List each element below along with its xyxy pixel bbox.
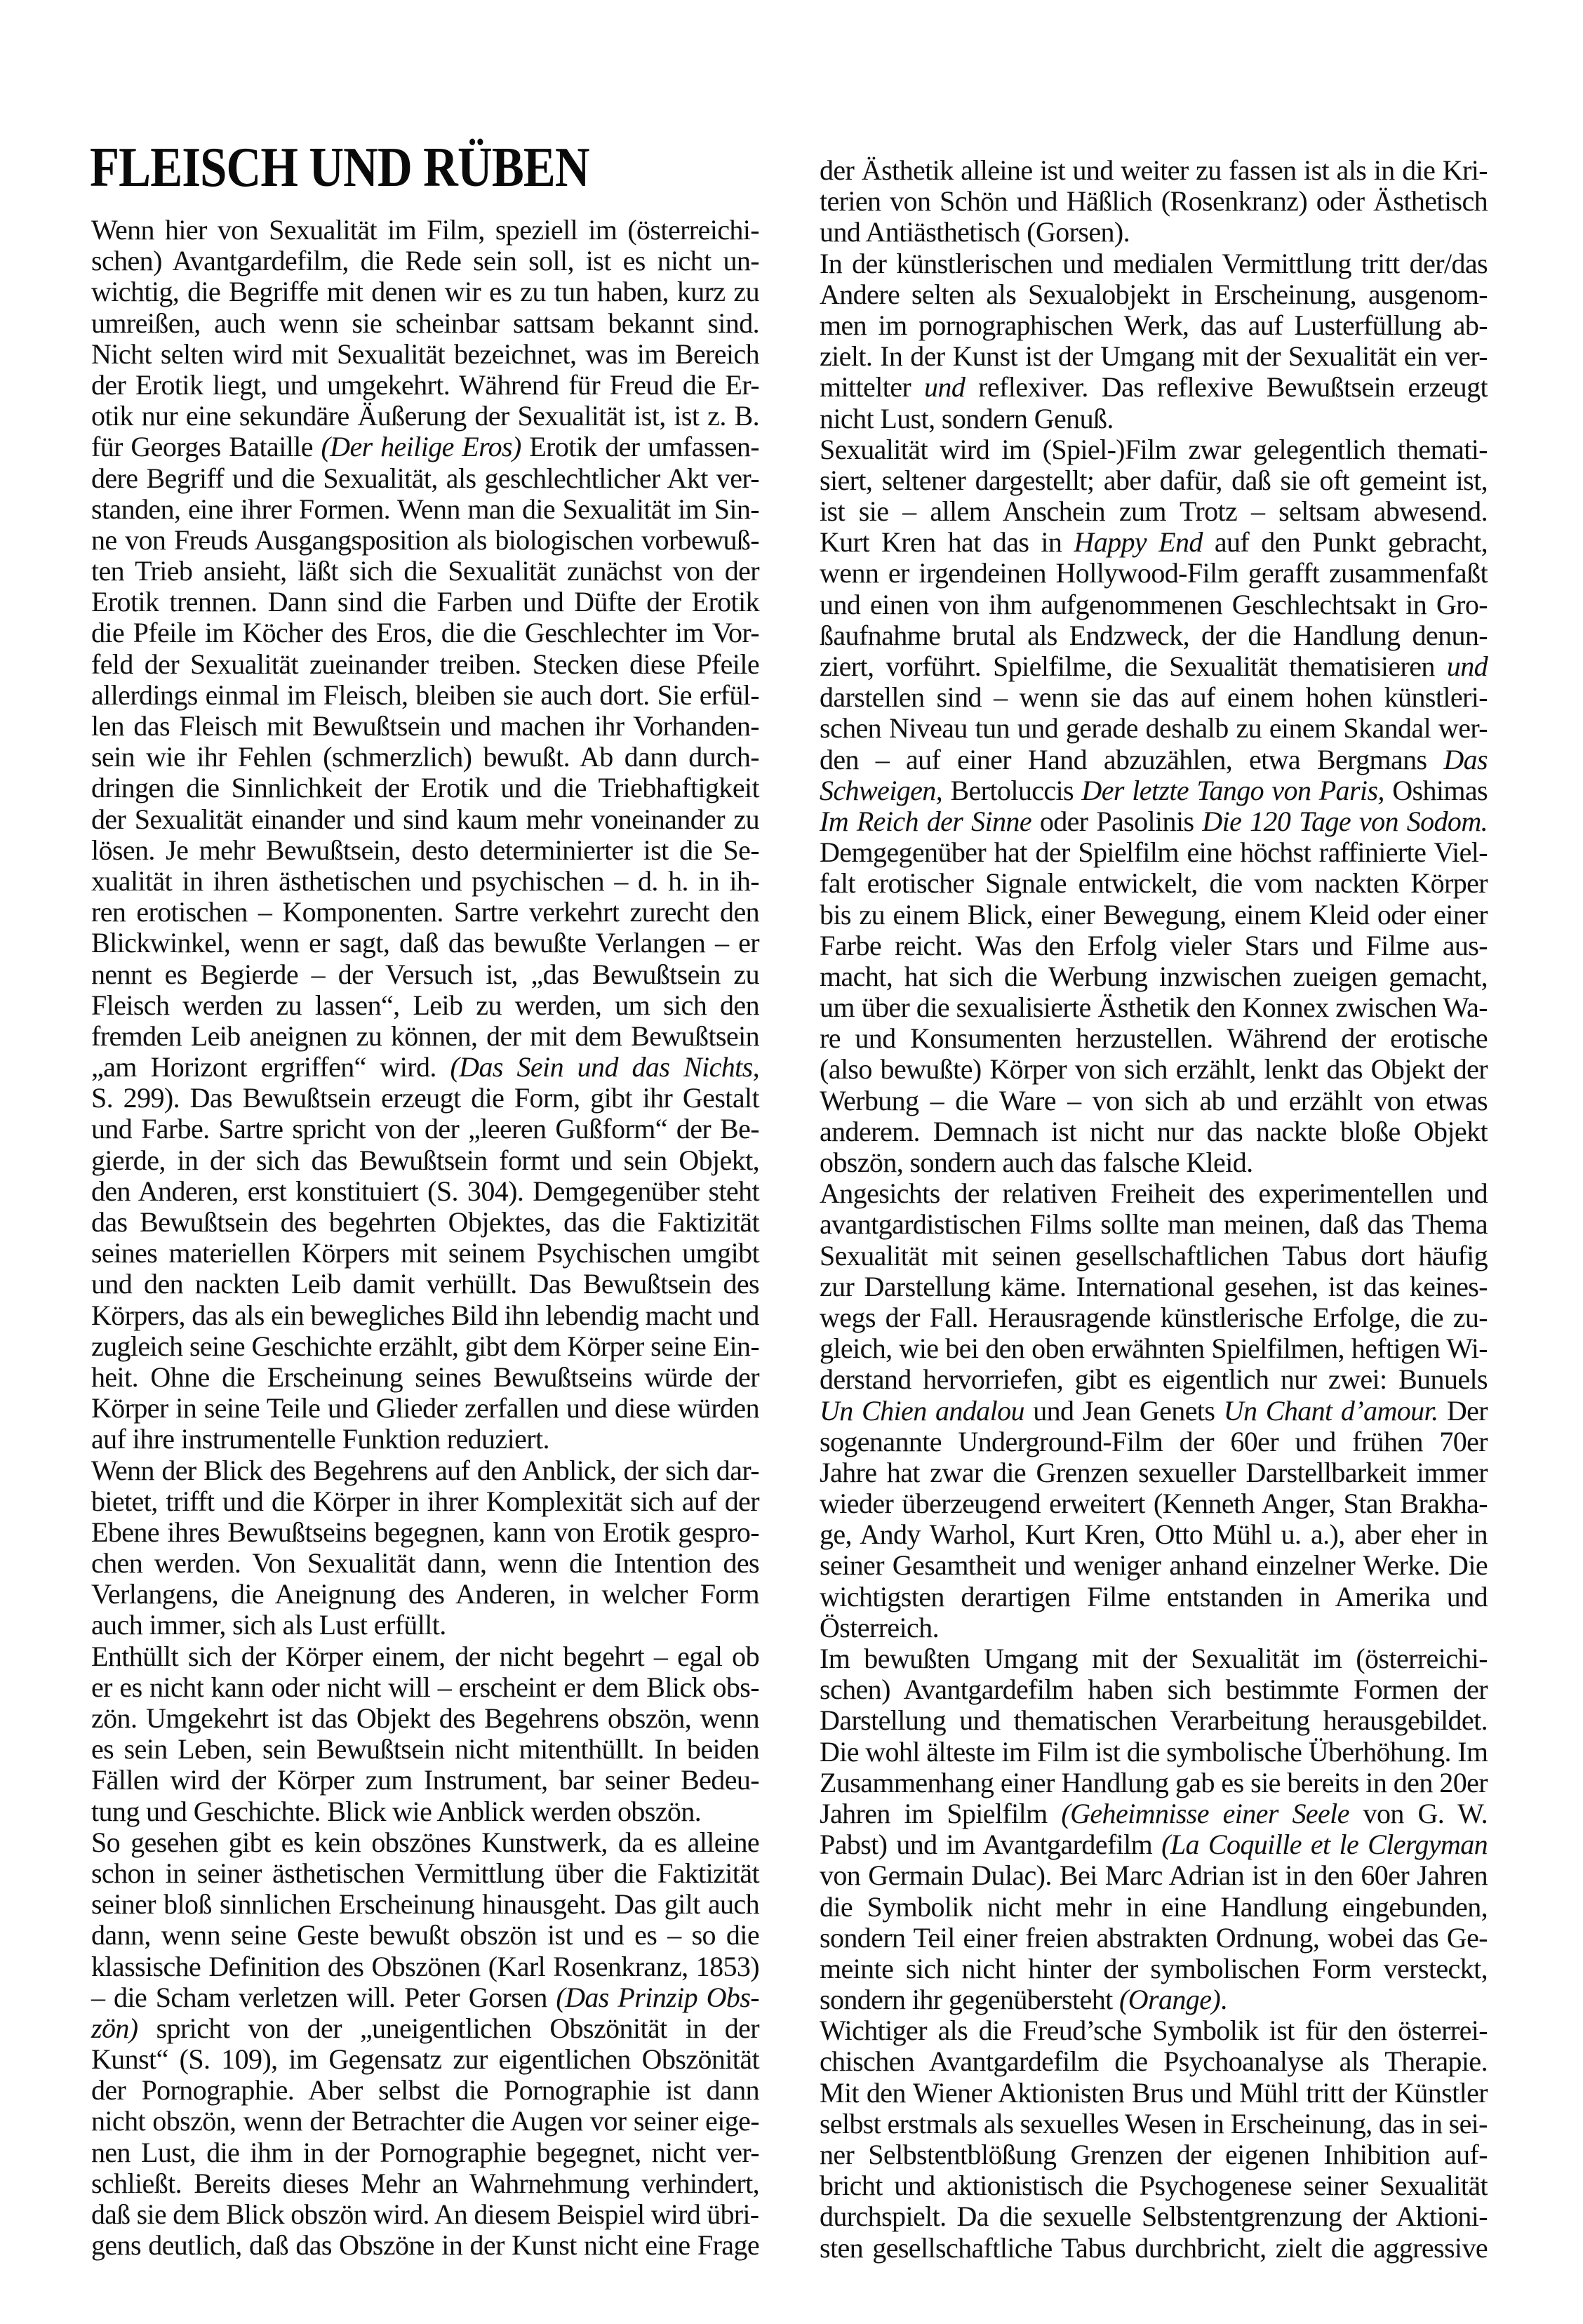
text-segment: Wichtiger als die Freud’sche Symbolik is…	[820, 2015, 1488, 2046]
text-column-right: der Ästhetik alleine ist und weiter zu f…	[820, 155, 1488, 2264]
text-segment: Erotik der umfassen-	[521, 431, 759, 462]
text-line-content: die Pfeile im Köcher des Eros, die die G…	[91, 617, 759, 648]
text-segment: Die wohl älteste im Film ist die symboli…	[820, 1736, 1488, 1768]
text-line: Pabst) und im Avantgardefilm (La Coquill…	[820, 1829, 1488, 1860]
text-segment: nicht obszön, wenn der Betrachter die Au…	[91, 2105, 759, 2137]
text-line-content: Jahre hat zwar die Grenzen sexueller Dar…	[820, 1457, 1488, 1488]
text-segment: wenn er irgendeinen Hollywood-Film geraf…	[820, 557, 1488, 589]
text-line-content: auf ihre instrumentelle Funktion reduzie…	[91, 1424, 759, 1455]
text-line-content: allerdings einmal im Fleisch, bleiben si…	[91, 680, 759, 711]
text-line-content: dere Begriff und die Sexualität, als ges…	[91, 463, 759, 494]
text-line-content: selbst erstmals als sexuelles Wesen in E…	[820, 2109, 1488, 2139]
text-line: sondern Teil einer freien abstrakten Ord…	[820, 1923, 1488, 1954]
text-segment: es sein Leben, sein Bewußtsein nicht mit…	[91, 1733, 759, 1765]
text-segment: zielt. In der Kunst ist der Umgang mit d…	[820, 340, 1488, 372]
text-line-content: Ebene ihres Bewußtseins begegnen, kann v…	[91, 1517, 759, 1548]
text-segment: gens deutlich, daß das Obszöne in der Ku…	[91, 2229, 759, 2261]
text-line-content: das Bewußtsein des begehrten Objektes, d…	[91, 1207, 759, 1238]
text-line-content: avantgardistischen Films sollte man mein…	[820, 1209, 1488, 1240]
text-line-content: auch immer, sich als Lust erfüllt.	[91, 1610, 759, 1641]
text-line-content: Wenn der Blick des Begehrens auf den Anb…	[91, 1455, 759, 1486]
text-line: Fällen wird der Körper zum Instrument, b…	[91, 1765, 759, 1796]
text-line: Darstellung und thematischen Verarbeitun…	[820, 1705, 1488, 1736]
text-segment: len das Fleisch mit Bewußtsein und mache…	[91, 710, 759, 742]
text-segment: ziert, vorführt. Spielfilme, die Sexuali…	[820, 650, 1447, 682]
text-line: terien von Schön und Häßlich (Rosenkranz…	[820, 186, 1488, 217]
text-segment: So gesehen gibt es kein obszönes Kunstwe…	[91, 1827, 759, 1858]
text-segment: sein wie ihr Fehlen (schmerzlich) bewußt…	[91, 741, 759, 773]
text-line-content: seines materiellen Körpers mit seinem Ps…	[91, 1238, 759, 1269]
text-line-content: len das Fleisch mit Bewußtsein und mache…	[91, 711, 759, 742]
text-segment: Blickwinkel, wenn er sagt, daß das bewuß…	[91, 927, 759, 959]
text-line-content: Enthüllt sich der Körper einem, der nich…	[91, 1641, 759, 1672]
text-segment: zön. Umgekehrt ist das Objekt des Begehr…	[91, 1702, 759, 1734]
italic-segment: (Das Prinzip Obs-	[556, 1982, 759, 2013]
text-segment: Werbung – die Ware – von sich ab und erz…	[820, 1085, 1488, 1116]
text-line: avantgardistischen Films sollte man mein…	[820, 1209, 1488, 1240]
text-line-content: tung und Geschichte. Blick wie Anblick w…	[91, 1796, 759, 1827]
text-line: den Anderen, erst konstituiert (S. 304).…	[91, 1176, 759, 1207]
text-line: es sein Leben, sein Bewußtsein nicht mit…	[91, 1734, 759, 1765]
text-line: Im Reich der Sinne oder Pasolinis Die 12…	[820, 806, 1488, 837]
text-line-content: terien von Schön und Häßlich (Rosenkranz…	[820, 186, 1488, 217]
text-segment: Nicht selten wird mit Sexualität bezeich…	[91, 338, 759, 370]
text-segment: bricht und aktionistisch die Psychogenes…	[820, 2170, 1488, 2201]
text-segment: und Farbe. Sartre spricht von der „leere…	[91, 1113, 759, 1144]
text-line: feld der Sexualität zueinander treiben. …	[91, 649, 759, 680]
text-line: die Symbolik nicht mehr in eine Handlung…	[820, 1892, 1488, 1923]
text-line-content: Körper in seine Teile und Glieder zerfal…	[91, 1393, 759, 1424]
text-line: ist sie – allem Anschein zum Trotz – sel…	[820, 496, 1488, 527]
text-segment: bietet, trifft und die Körper in ihrer K…	[91, 1485, 759, 1517]
text-line-content: Nicht selten wird mit Sexualität bezeich…	[91, 339, 759, 370]
text-line: und einen von ihm aufgenommenen Geschlec…	[820, 589, 1488, 620]
article-title: FLEISCH UND RÜBEN	[90, 136, 589, 199]
text-line-content: Un Chien andalou und Jean Genets Un Chan…	[820, 1396, 1488, 1427]
text-line-content: Andere selten als Sexualobjekt in Ersche…	[820, 279, 1488, 310]
text-line-content: schen Niveau tun und gerade deshalb zu e…	[820, 713, 1488, 744]
text-line-content: „am Horizont ergriffen“ wird. (Das Sein …	[91, 1052, 759, 1083]
text-line-content: schen) Avantgardefilm, die Rede sein sol…	[91, 246, 759, 276]
text-segment: allerdings einmal im Fleisch, bleiben si…	[91, 679, 759, 711]
text-line: Ebene ihres Bewußtseins begegnen, kann v…	[91, 1517, 759, 1548]
text-line-content: seiner bloß sinnlichen Erscheinung hinau…	[91, 1889, 759, 1920]
text-line-content: bietet, trifft und die Körper in ihrer K…	[91, 1486, 759, 1517]
text-line-content: anderem. Demnach ist nicht nur das nackt…	[820, 1116, 1488, 1147]
text-segment: zugleich seine Geschichte erzählt, gibt …	[91, 1330, 759, 1362]
text-segment: Sexualität wird im (Spiel-)Film zwar gel…	[820, 434, 1488, 465]
text-line: Angesichts der relativen Freiheit des ex…	[820, 1178, 1488, 1209]
italic-segment: Das	[1443, 744, 1488, 775]
text-line: chen werden. Von Sexualität dann, wenn d…	[91, 1548, 759, 1579]
text-line: seines materiellen Körpers mit seinem Ps…	[91, 1238, 759, 1269]
text-line-content: ist sie – allem Anschein zum Trotz – sel…	[820, 496, 1488, 527]
text-line: wenn er irgendeinen Hollywood-Film geraf…	[820, 558, 1488, 589]
text-segment: seiner bloß sinnlichen Erscheinung hinau…	[91, 1888, 759, 1920]
text-line-content: feld der Sexualität zueinander treiben. …	[91, 649, 759, 680]
text-segment: nicht Lust, sondern Genuß.	[820, 403, 1114, 434]
text-segment: sondern Teil einer freien abstrakten Ord…	[820, 1922, 1488, 1954]
italic-segment: und	[924, 371, 965, 403]
text-line: Fleisch werden zu lassen“, Leib zu werde…	[91, 990, 759, 1021]
text-line-content: zur Darstellung käme. International gese…	[820, 1271, 1488, 1302]
text-segment: Oshimas	[1384, 775, 1488, 806]
text-line-content: Verlangens, die Aneignung des Anderen, i…	[91, 1579, 759, 1610]
text-segment: avantgardistischen Films sollte man mein…	[820, 1208, 1488, 1240]
text-line-content: der Pornographie. Aber selbst die Pornog…	[91, 2075, 759, 2106]
text-segment: Enthüllt sich der Körper einem, der nich…	[91, 1641, 759, 1672]
text-segment: – die Scham verletzen will. Peter Gorsen	[91, 1982, 556, 2013]
text-line-content: In der künstlerischen und medialen Vermi…	[820, 248, 1488, 279]
text-segment: ne von Freuds Ausgangsposition als biolo…	[91, 524, 759, 556]
text-line: Schweigen, Bertoluccis Der letzte Tango …	[820, 775, 1488, 806]
text-line: für Georges Bataille (Der heilige Eros) …	[91, 432, 759, 462]
text-line-content: Erotik trennen. Dann sind die Farben und…	[91, 587, 759, 617]
text-line: Werbung – die Ware – von sich ab und erz…	[820, 1086, 1488, 1116]
text-segment: Bertoluccis	[942, 775, 1081, 806]
text-line: Körpers, das als ein bewegliches Bild ih…	[91, 1300, 759, 1331]
text-segment: Jahre hat zwar die Grenzen sexueller Dar…	[820, 1457, 1488, 1488]
text-line-content: bricht und aktionistisch die Psychogenes…	[820, 2170, 1488, 2201]
text-segment: dringen die Sinnlichkeit der Erotik und …	[91, 772, 759, 803]
text-line: Kurt Kren hat das in Happy End auf den P…	[820, 527, 1488, 558]
text-line-content: Sexualität mit seinen gesellschaftlichen…	[820, 1241, 1488, 1271]
text-segment: Österreich.	[820, 1612, 939, 1643]
text-line: In der künstlerischen und medialen Vermi…	[820, 248, 1488, 279]
text-segment: klassische Definition des Obszönen (Karl…	[91, 1951, 759, 1982]
text-line: Körper in seine Teile und Glieder zerfal…	[91, 1393, 759, 1424]
text-segment: und Jean Genets	[1024, 1395, 1224, 1427]
text-line: dere Begriff und die Sexualität, als ges…	[91, 463, 759, 494]
text-segment: terien von Schön und Häßlich (Rosenkranz…	[820, 185, 1488, 217]
text-segment: zur Darstellung käme. International gese…	[820, 1271, 1488, 1302]
text-segment: selbst erstmals als sexuelles Wesen in E…	[820, 2108, 1488, 2139]
text-segment: daß sie dem Blick obszön wird. An diesem…	[91, 2198, 759, 2230]
text-line: tung und Geschichte. Blick wie Anblick w…	[91, 1796, 759, 1827]
text-line-content: ner Selbstentblößung Grenzen der eigenen…	[820, 2139, 1488, 2170]
text-line-content: Die wohl älteste im Film ist die symboli…	[820, 1737, 1488, 1768]
text-line-content: – die Scham verletzen will. Peter Gorsen…	[91, 1982, 759, 2013]
text-line-content: Sexualität wird im (Spiel-)Film zwar gel…	[820, 434, 1488, 465]
text-segment: Angesichts der relativen Freiheit des ex…	[820, 1177, 1488, 1209]
text-line-content: meinte sich nicht hinter der symbolische…	[820, 1954, 1488, 1984]
text-line-content: Fällen wird der Körper zum Instrument, b…	[91, 1765, 759, 1796]
text-line: seiner bloß sinnlichen Erscheinung hinau…	[91, 1889, 759, 1920]
text-segment: Darstellung und thematischen Verarbeitun…	[820, 1704, 1488, 1736]
text-line-content: chen werden. Von Sexualität dann, wenn d…	[91, 1548, 759, 1579]
text-line-content: Jahren im Spielfilm (Geheimnisse einer S…	[820, 1798, 1488, 1829]
text-line-content: sondern ihr gegenübersteht (Orange).	[820, 1984, 1488, 2015]
text-line-content: Wichtiger als die Freud’sche Symbolik is…	[820, 2015, 1488, 2046]
text-segment: (also bewußte) Körper von sich erzählt, …	[820, 1053, 1488, 1085]
text-segment: schen Niveau tun und gerade deshalb zu e…	[820, 712, 1488, 744]
text-segment: Körpers, das als ein bewegliches Bild ih…	[91, 1300, 759, 1331]
text-segment: Der	[1438, 1395, 1488, 1427]
text-line-content: klassische Definition des Obszönen (Karl…	[91, 1951, 759, 1982]
text-line: sten gesellschaftliche Tabus durchbricht…	[820, 2233, 1488, 2264]
text-line-content: falt erotischer Signale entwickelt, die …	[820, 868, 1488, 899]
text-line: ne von Freuds Ausgangsposition als biolo…	[91, 525, 759, 556]
text-line-content: mittelter und reflexiver. Das reflexive …	[820, 372, 1488, 403]
text-line: ner Selbstentblößung Grenzen der eigenen…	[820, 2139, 1488, 2170]
text-segment: Zusammenhang einer Handlung gab es sie b…	[820, 1767, 1488, 1798]
text-line-content: sogenannte Underground-Film der 60er und…	[820, 1427, 1488, 1457]
text-line-content: sten gesellschaftliche Tabus durchbricht…	[820, 2233, 1488, 2264]
text-line: len das Fleisch mit Bewußtsein und mache…	[91, 711, 759, 742]
text-line: selbst erstmals als sexuelles Wesen in E…	[820, 2109, 1488, 2139]
text-segment: und den nackten Leib damit verhüllt. Das…	[91, 1268, 759, 1300]
text-line: sondern ihr gegenübersteht (Orange).	[820, 1984, 1488, 2015]
text-line-content: wegs der Fall. Herausragende künstlerisc…	[820, 1302, 1488, 1333]
text-line-content: Kunst“ (S. 109), im Gegensatz zur eigent…	[91, 2044, 759, 2075]
text-line: schen Niveau tun und gerade deshalb zu e…	[820, 713, 1488, 744]
text-segment: Verlangens, die Aneignung des Anderen, i…	[91, 1578, 759, 1610]
text-line-content: zön. Umgekehrt ist das Objekt des Begehr…	[91, 1703, 759, 1734]
text-segment: bis zu einem Blick, einer Bewegung, eine…	[820, 899, 1488, 930]
text-line-content: Fleisch werden zu lassen“, Leib zu werde…	[91, 990, 759, 1021]
text-line: zön) spricht von der „uneigentlichen Obs…	[91, 2013, 759, 2044]
text-segment: wichtigsten derartigen Filme entstanden …	[820, 1581, 1488, 1612]
text-segment: tung und Geschichte. Blick wie Anblick w…	[91, 1796, 701, 1827]
text-line-content: Mit den Wiener Aktionisten Brus und Mühl…	[820, 2078, 1488, 2109]
text-line: mittelter und reflexiver. Das reflexive …	[820, 372, 1488, 403]
text-line: auch immer, sich als Lust erfüllt.	[91, 1610, 759, 1641]
text-segment: lösen. Je mehr Bewußtsein, desto determi…	[91, 834, 759, 866]
text-line: der Sexualität einander und sind kaum me…	[91, 804, 759, 835]
text-line: schon in seiner ästhetischen Vermittlung…	[91, 1858, 759, 1889]
text-line-content: otik nur eine sekundäre Äußerung der Sex…	[91, 401, 759, 432]
text-line: heit. Ohne die Erscheinung seines Bewußt…	[91, 1362, 759, 1393]
text-segment: seiner Gesamtheit und weniger anhand ein…	[820, 1549, 1488, 1581]
text-segment: gleich, wie bei den oben erwähnten Spiel…	[820, 1333, 1488, 1364]
text-line-content: nicht obszön, wenn der Betrachter die Au…	[91, 2106, 759, 2137]
text-line: siert, seltener dargestellt; aber dafür,…	[820, 465, 1488, 496]
text-line: meinte sich nicht hinter der symbolische…	[820, 1954, 1488, 1984]
text-segment: auch immer, sich als Lust erfüllt.	[91, 1609, 446, 1641]
text-line: Wenn der Blick des Begehrens auf den Anb…	[91, 1455, 759, 1486]
text-segment: Wenn der Blick des Begehrens auf den Anb…	[91, 1455, 759, 1486]
text-line-content: und Antiästhetisch (Gorsen).	[820, 217, 1488, 248]
text-line: zur Darstellung käme. International gese…	[820, 1271, 1488, 1302]
text-line-content: wichtigsten derartigen Filme entstanden …	[820, 1582, 1488, 1612]
text-segment: den Anderen, erst konstituiert (S. 304).…	[91, 1175, 759, 1207]
text-line: der Ästhetik alleine ist und weiter zu f…	[820, 155, 1488, 186]
text-line-content: den Anderen, erst konstituiert (S. 304).…	[91, 1176, 759, 1207]
text-line-content: Blickwinkel, wenn er sagt, daß das bewuß…	[91, 928, 759, 959]
text-segment: von Germain Dulac). Bei Marc Adrian ist …	[820, 1859, 1488, 1891]
text-line-content: ren erotischen – Komponenten. Sartre ver…	[91, 897, 759, 928]
text-segment: otik nur eine sekundäre Äußerung der Sex…	[91, 400, 759, 432]
text-segment: umreißen, auch wenn sie scheinbar sattsa…	[91, 307, 759, 339]
text-segment: die Pfeile im Köcher des Eros, die die G…	[91, 617, 759, 648]
text-line: sogenannte Underground-Film der 60er und…	[820, 1427, 1488, 1457]
text-segment: meinte sich nicht hinter der symbolische…	[820, 1953, 1488, 1984]
text-line: auf ihre instrumentelle Funktion reduzie…	[91, 1424, 759, 1455]
text-line-content: umreißen, auch wenn sie scheinbar sattsa…	[91, 308, 759, 339]
text-line: bietet, trifft und die Körper in ihrer K…	[91, 1486, 759, 1517]
text-segment: und einen von ihm aufgenommenen Geschlec…	[820, 589, 1488, 620]
text-line-content: Schweigen, Bertoluccis Der letzte Tango …	[820, 775, 1488, 806]
text-line: Blickwinkel, wenn er sagt, daß das bewuß…	[91, 928, 759, 959]
text-line: die Pfeile im Köcher des Eros, die die G…	[91, 617, 759, 648]
text-segment: dere Begriff und die Sexualität, als ges…	[91, 462, 759, 494]
text-segment: Ebene ihres Bewußtseins begegnen, kann v…	[91, 1516, 759, 1548]
text-line-content: ne von Freuds Ausgangsposition als biolo…	[91, 525, 759, 556]
text-segment: darstellen sind – wenn sie das auf einem…	[820, 681, 1488, 713]
text-segment: er es nicht kann oder nicht will – ersch…	[91, 1671, 759, 1703]
text-line: Sexualität mit seinen gesellschaftlichen…	[820, 1241, 1488, 1271]
text-segment: heit. Ohne die Erscheinung seines Bewußt…	[91, 1361, 759, 1393]
text-line: nen Lust, die ihm in der Pornographie be…	[91, 2137, 759, 2168]
text-line: Zusammenhang einer Handlung gab es sie b…	[820, 1768, 1488, 1798]
text-line-content: Farbe reicht. Was den Erfolg vieler Star…	[820, 930, 1488, 961]
text-line: Andere selten als Sexualobjekt in Ersche…	[820, 279, 1488, 310]
text-line: ten Trieb ansieht, läßt sich die Sexuali…	[91, 556, 759, 587]
text-line: Mit den Wiener Aktionisten Brus und Mühl…	[820, 2078, 1488, 2109]
text-line-content: schen) Avantgardefilm haben sich bestimm…	[820, 1674, 1488, 1705]
text-segment: wieder überzeugend erweitert (Kenneth An…	[820, 1488, 1488, 1519]
text-line-content: Zusammenhang einer Handlung gab es sie b…	[820, 1768, 1488, 1798]
text-segment: ßaufnahme brutal als Endzweck, der die H…	[820, 620, 1488, 651]
text-line-content: standen, eine ihrer Formen. Wenn man die…	[91, 494, 759, 525]
text-line: Österreich.	[820, 1612, 1488, 1643]
text-line-content: Angesichts der relativen Freiheit des ex…	[820, 1178, 1488, 1209]
italic-segment: Un Chien andalou	[820, 1395, 1024, 1427]
text-line: ßaufnahme brutal als Endzweck, der die H…	[820, 620, 1488, 651]
italic-segment: Un Chant d’amour.	[1224, 1395, 1438, 1427]
italic-segment: (La Coquille et le Clergyman	[1161, 1829, 1488, 1860]
text-segment: sogenannte Underground-Film der 60er und…	[820, 1426, 1488, 1457]
text-line: chischen Avantgardefilm die Psychoanalys…	[820, 2046, 1488, 2077]
text-segment: chen werden. Von Sexualität dann, wenn d…	[91, 1547, 759, 1579]
text-line: Jahre hat zwar die Grenzen sexueller Dar…	[820, 1457, 1488, 1488]
text-line-content: Darstellung und thematischen Verarbeitun…	[820, 1705, 1488, 1736]
text-line: und den nackten Leib damit verhüllt. Das…	[91, 1269, 759, 1300]
text-segment: Farbe reicht. Was den Erfolg vieler Star…	[820, 930, 1488, 961]
text-segment: um über die sexualisierte Ästhetik den K…	[820, 991, 1488, 1023]
text-line: Enthüllt sich der Körper einem, der nich…	[91, 1641, 759, 1672]
text-line-content: und einen von ihm aufgenommenen Geschlec…	[820, 589, 1488, 620]
text-segment: feld der Sexualität zueinander treiben. …	[91, 648, 759, 680]
text-segment: nen Lust, die ihm in der Pornographie be…	[91, 2137, 759, 2168]
text-line-content: Pabst) und im Avantgardefilm (La Coquill…	[820, 1829, 1488, 1860]
text-line: „am Horizont ergriffen“ wird. (Das Sein …	[91, 1052, 759, 1083]
text-line-content: fremden Leib aneignen zu können, der mit…	[91, 1021, 759, 1052]
text-line-content: durchspielt. Da die sexuelle Selbstentgr…	[820, 2201, 1488, 2232]
text-segment: re und Konsumenten herzustellen. Während…	[820, 1022, 1488, 1054]
text-line-content: Im Reich der Sinne oder Pasolinis Die 12…	[820, 806, 1488, 837]
text-line: sein wie ihr Fehlen (schmerzlich) bewußt…	[91, 742, 759, 773]
text-line-content: wichtig, die Begriffe mit denen wir es z…	[91, 276, 759, 307]
text-segment: und Antiästhetisch (Gorsen).	[820, 216, 1130, 248]
italic-segment: (Der heilige Eros)	[321, 431, 521, 462]
text-line: wichtig, die Begriffe mit denen wir es z…	[91, 276, 759, 307]
text-line: men im pornographischen Werk, das auf Lu…	[820, 310, 1488, 341]
text-line-content: er es nicht kann oder nicht will – ersch…	[91, 1672, 759, 1703]
text-line: und Farbe. Sartre spricht von der „leere…	[91, 1114, 759, 1144]
text-line-content: schließt. Bereits dieses Mehr an Wahrneh…	[91, 2168, 759, 2199]
text-segment: ren erotischen – Komponenten. Sartre ver…	[91, 896, 759, 928]
text-line: (also bewußte) Körper von sich erzählt, …	[820, 1054, 1488, 1085]
text-line: ge, Andy Warhol, Kurt Kren, Otto Mühl u.…	[820, 1519, 1488, 1550]
text-segment: Körper in seine Teile und Glieder zerfal…	[91, 1392, 759, 1424]
text-line: Die wohl älteste im Film ist die symboli…	[820, 1737, 1488, 1768]
text-line-content: So gesehen gibt es kein obszönes Kunstwe…	[91, 1827, 759, 1858]
text-line: xualität in ihren ästhetischen und psych…	[91, 866, 759, 897]
text-line: Demgegenüber hat der Spielfilm eine höch…	[820, 837, 1488, 868]
text-line-content: um über die sexualisierte Ästhetik den K…	[820, 992, 1488, 1023]
text-line-content: Österreich.	[820, 1612, 1488, 1643]
text-segment: wichtig, die Begriffe mit denen wir es z…	[91, 276, 759, 307]
text-segment: der Pornographie. Aber selbst die Pornog…	[91, 2074, 759, 2106]
text-line: Kunst“ (S. 109), im Gegensatz zur eigent…	[91, 2044, 759, 2075]
text-line: und Antiästhetisch (Gorsen).	[820, 217, 1488, 248]
text-line: der Erotik liegt, und umgekehrt. Während…	[91, 370, 759, 401]
text-segment: seines materiellen Körpers mit seinem Ps…	[91, 1237, 759, 1269]
text-line: das Bewußtsein des begehrten Objektes, d…	[91, 1207, 759, 1238]
text-segment: mittelter	[820, 371, 924, 403]
text-segment: von G. W.	[1349, 1798, 1488, 1829]
text-line: allerdings einmal im Fleisch, bleiben si…	[91, 680, 759, 711]
text-line-content: und Farbe. Sartre spricht von der „leere…	[91, 1114, 759, 1144]
text-line-content: bis zu einem Blick, einer Bewegung, eine…	[820, 900, 1488, 930]
italic-segment: Der letzte Tango von Paris,	[1081, 775, 1384, 806]
text-segment: Sexualität mit seinen gesellschaftlichen…	[820, 1240, 1488, 1271]
text-line-content: nennt es Begierde – der Versuch ist, „da…	[91, 959, 759, 990]
text-line: umreißen, auch wenn sie scheinbar sattsa…	[91, 308, 759, 339]
text-segment: S. 299). Das Bewußtsein erzeugt die Form…	[91, 1082, 759, 1114]
italic-segment: Die 120 Tage von Sodom.	[1202, 806, 1488, 837]
text-line: re und Konsumenten herzustellen. Während…	[820, 1023, 1488, 1054]
text-line: gens deutlich, daß das Obszöne in der Ku…	[91, 2230, 759, 2261]
text-line: falt erotischer Signale entwickelt, die …	[820, 868, 1488, 899]
text-segment: Fällen wird der Körper zum Instrument, b…	[91, 1764, 759, 1796]
text-line: zugleich seine Geschichte erzählt, gibt …	[91, 1331, 759, 1362]
text-line-content: zielt. In der Kunst ist der Umgang mit d…	[820, 341, 1488, 372]
text-segment: oder Pasolinis	[1031, 806, 1202, 837]
text-line: dringen die Sinnlichkeit der Erotik und …	[91, 773, 759, 803]
text-segment: Wenn hier von Sexualität im Film, spezie…	[91, 214, 759, 246]
text-segment: schon in seiner ästhetischen Vermittlung…	[91, 1857, 759, 1889]
text-line: wichtigsten derartigen Filme entstanden …	[820, 1582, 1488, 1612]
text-segment: ist sie – allem Anschein zum Trotz – sel…	[820, 495, 1488, 527]
text-segment: derstand hervorriefen, gibt es eigentlic…	[820, 1363, 1488, 1395]
text-line-content: wieder überzeugend erweitert (Kenneth An…	[820, 1488, 1488, 1519]
text-line-content: und den nackten Leib damit verhüllt. Das…	[91, 1269, 759, 1300]
text-segment: der Ästhetik alleine ist und weiter zu f…	[820, 154, 1488, 186]
text-line-content: der Sexualität einander und sind kaum me…	[91, 804, 759, 835]
text-line-content: nen Lust, die ihm in der Pornographie be…	[91, 2137, 759, 2168]
text-line-content: ge, Andy Warhol, Kurt Kren, Otto Mühl u.…	[820, 1519, 1488, 1550]
text-line: gierde, in der sich das Bewußtsein formt…	[91, 1145, 759, 1176]
text-line-content: Im bewußten Umgang mit der Sexualität im…	[820, 1643, 1488, 1674]
text-line-content: gleich, wie bei den oben erwähnten Spiel…	[820, 1333, 1488, 1364]
text-line: Wichtiger als die Freud’sche Symbolik is…	[820, 2015, 1488, 2046]
text-segment: men im pornographischen Werk, das auf Lu…	[820, 309, 1488, 341]
text-line: Im bewußten Umgang mit der Sexualität im…	[820, 1643, 1488, 1674]
text-line: zielt. In der Kunst ist der Umgang mit d…	[820, 341, 1488, 372]
text-line-content: zön) spricht von der „uneigentlichen Obs…	[91, 2013, 759, 2044]
text-line: er es nicht kann oder nicht will – ersch…	[91, 1672, 759, 1703]
text-line: Nicht selten wird mit Sexualität bezeich…	[91, 339, 759, 370]
text-segment: schen) Avantgardefilm haben sich bestimm…	[820, 1674, 1488, 1705]
text-segment: die Symbolik nicht mehr in eine Handlung…	[820, 1891, 1488, 1923]
italic-segment: (Geheimnisse einer Seele	[1061, 1798, 1349, 1829]
text-segment: Pabst) und im Avantgardefilm	[820, 1829, 1161, 1860]
text-line-content: Werbung – die Ware – von sich ab und erz…	[820, 1086, 1488, 1116]
text-line-content: gens deutlich, daß das Obszöne in der Ku…	[91, 2230, 759, 2261]
text-segment: Im bewußten Umgang mit der Sexualität im…	[820, 1643, 1488, 1674]
